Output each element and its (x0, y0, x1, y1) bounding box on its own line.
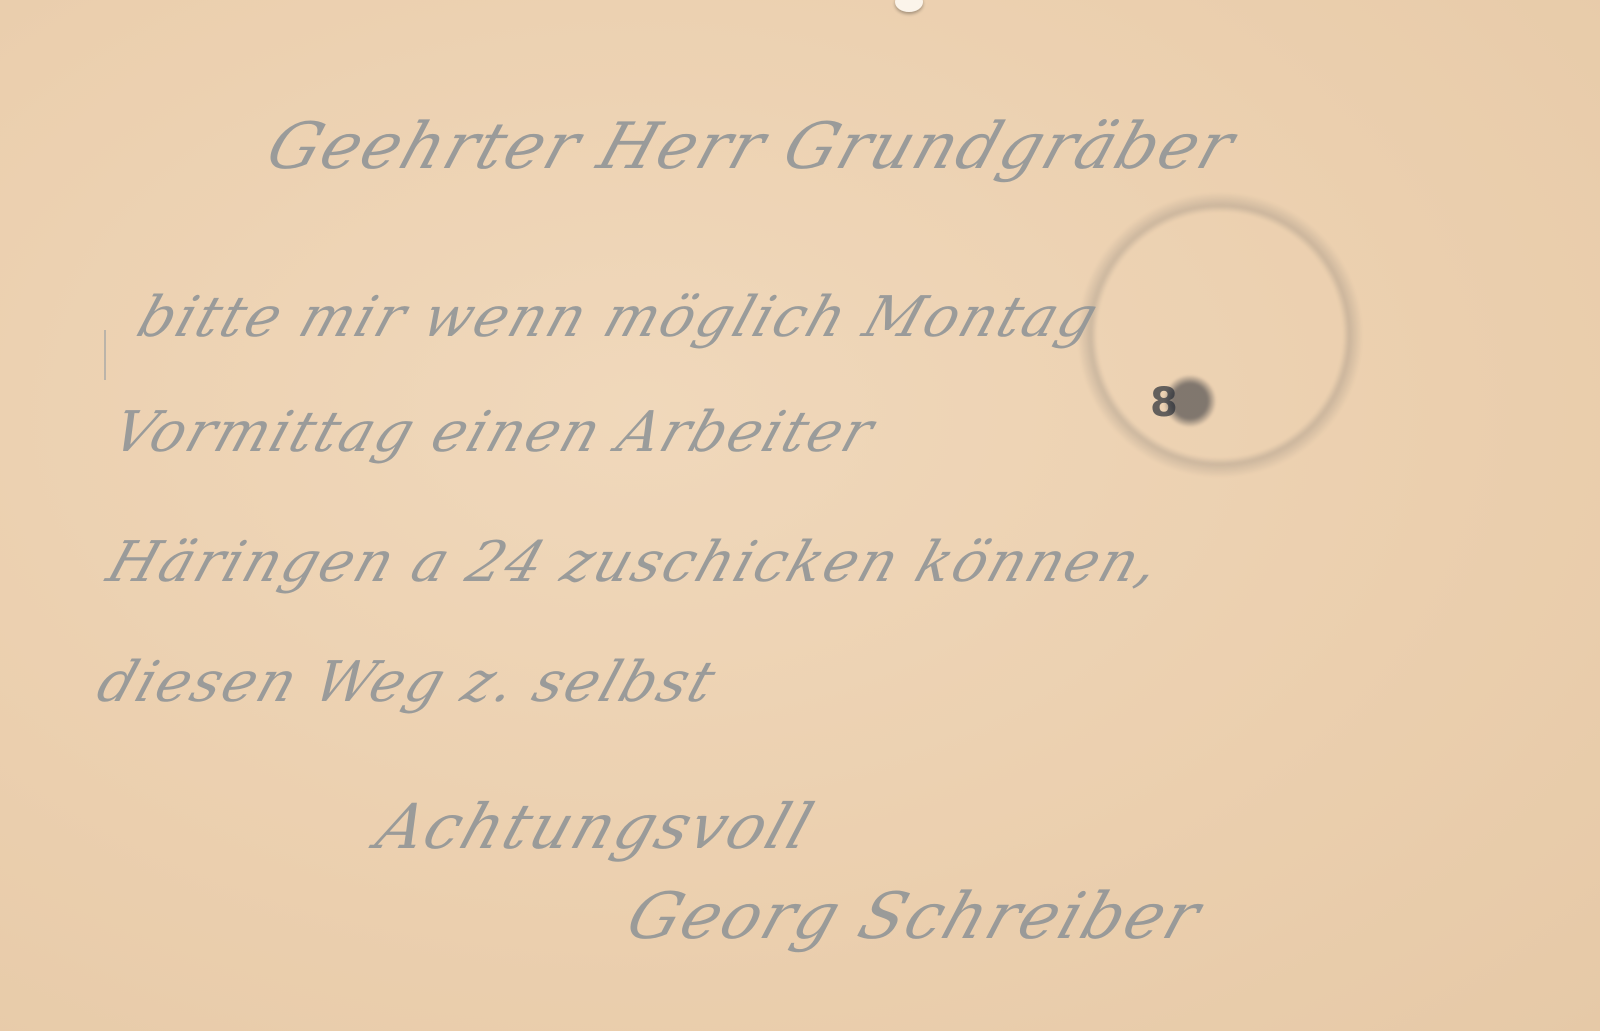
postmark-stamp (1070, 170, 1370, 500)
punch-hole (895, 0, 923, 12)
salutation-line: Geehrter Herr Grundgräber (258, 110, 1245, 184)
body-line-4: diesen Weg z. selbst (89, 650, 725, 715)
postcard: 8 Geehrter Herr Grundgräber bitte mir we… (0, 0, 1600, 1031)
body-line-1: bitte mir wenn möglich Montag (129, 285, 1107, 350)
signature: Georg Schreiber (618, 880, 1211, 954)
closing-line: Achtungsvoll (368, 790, 823, 863)
body-line-2: Vormittag einen Arbeiter (104, 400, 883, 465)
body-line-3: Häringen a 24 zuschicken können, (99, 530, 1169, 595)
postmark-text: 8 (1150, 380, 1178, 426)
margin-mark (104, 330, 106, 380)
